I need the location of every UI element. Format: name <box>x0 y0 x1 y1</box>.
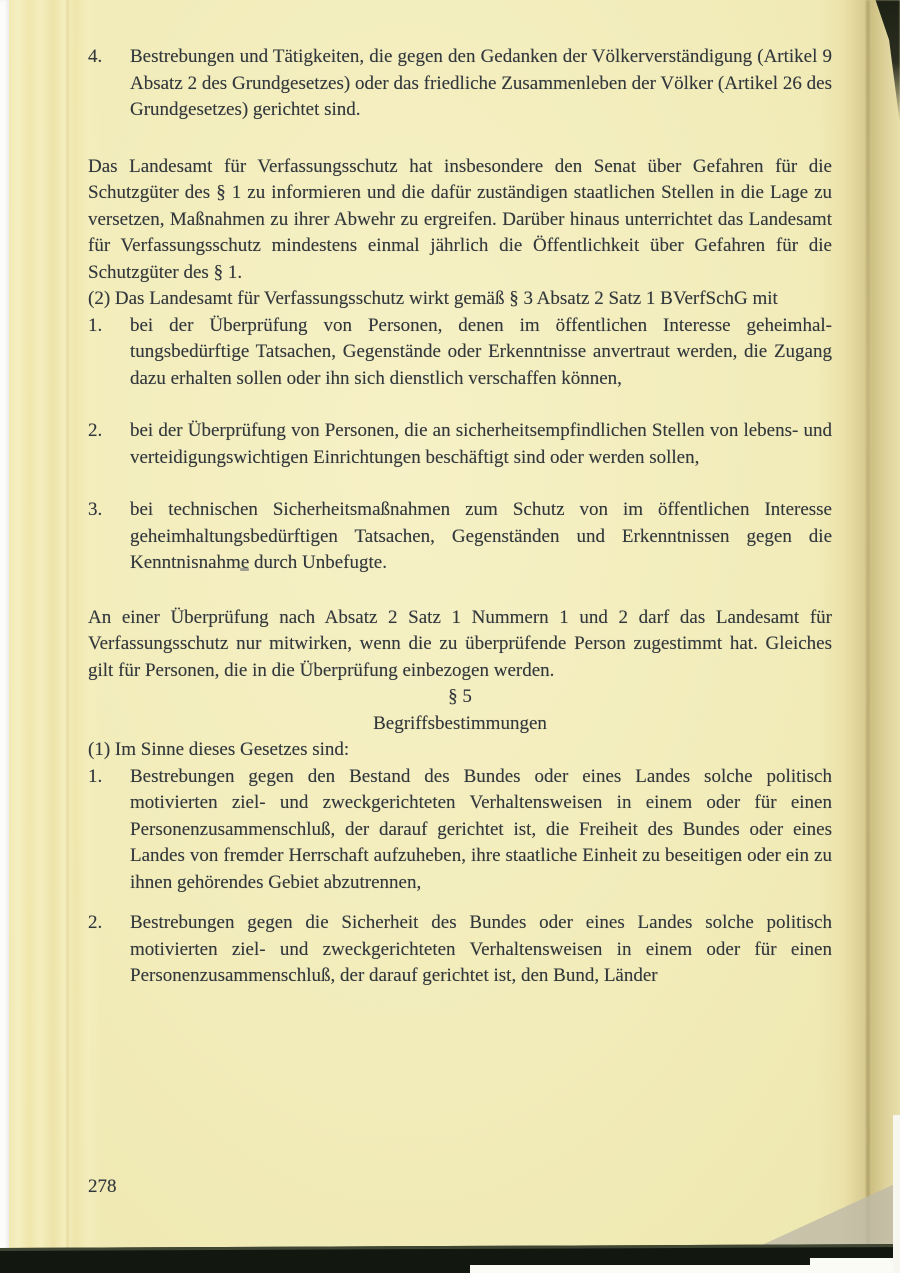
section-title-heading: Begriffsbestimmungen <box>88 711 832 738</box>
item-text: bei technischen Sicherheitsmaßnahmen zum… <box>130 497 832 577</box>
scanner-right-margin <box>893 1115 900 1273</box>
page-right-crease-line <box>866 0 870 1273</box>
numbered-item-c2: 2. Bestrebungen gegen die Sicherheit des… <box>88 910 832 990</box>
binding-crease-line <box>66 0 69 1273</box>
paragraph-definitions-intro: (1) Im Sinne dieses Gesetzes sind: <box>88 737 832 764</box>
text-block: 4. Bestrebungen und Tätigkeiten, die geg… <box>88 44 832 990</box>
item-marker: 3. <box>88 497 130 577</box>
page-number: 278 <box>88 1176 117 1198</box>
item-marker: 2. <box>88 910 130 990</box>
paragraph-consent: An einer Überprüfung nach Absatz 2 Satz … <box>88 605 832 685</box>
item-marker: 4. <box>88 44 130 124</box>
section-number-heading: § 5 <box>88 684 832 711</box>
numbered-item-b1: 1. bei der Überprüfung von Personen, den… <box>88 313 832 393</box>
scanner-bottom-right-margin <box>810 1258 900 1273</box>
item-text: bei der Überprüfung von Personen, die an… <box>130 418 832 471</box>
item-text: Bestrebungen gegen den Bestand des Bunde… <box>130 764 832 897</box>
item-text: Bestrebungen und Tätigkeiten, die gegen … <box>130 44 832 124</box>
numbered-item-b2: 2. bei der Überprüfung von Personen, die… <box>88 418 832 471</box>
scanned-book-page: 4. Bestrebungen und Tätigkeiten, die geg… <box>0 0 900 1273</box>
item-text: Bestrebungen gegen die Sicherheit des Bu… <box>130 910 832 990</box>
item-marker: 2. <box>88 418 130 471</box>
paragraph-duties: Das Landesamt für Verfassungsschutz hat … <box>88 154 832 287</box>
numbered-item-c1: 1. Bestrebungen gegen den Bestand des Bu… <box>88 764 832 897</box>
scanner-left-margin <box>0 0 9 1273</box>
paragraph-absatz-2: (2) Das Landesamt für Verfassungsschutz … <box>88 286 832 313</box>
numbered-item-b3: 3. bei technischen Sicherheitsmaßnahmen … <box>88 497 832 577</box>
item-text: bei der Überprüfung von Personen, denen … <box>130 313 832 393</box>
numbered-item-4: 4. Bestrebungen und Tätigkeiten, die geg… <box>88 44 832 124</box>
item-marker: 1. <box>88 764 130 897</box>
item-marker: 1. <box>88 313 130 393</box>
